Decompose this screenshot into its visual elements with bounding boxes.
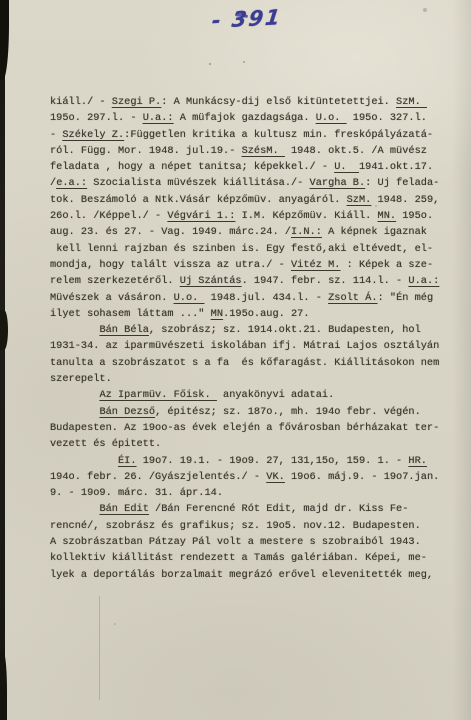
text-segment: Szocialista müvészek kiállitása./- [87,177,309,189]
text-segment: , szobrász; sz. 1914.okt.21. Budapesten,… [149,324,421,336]
underlined-text-segment: Végvári 1.: [167,210,235,222]
text-segment: ilyet sohasem láttam ..." [50,308,211,320]
text-line: ÉI. 19o7. 19.1. - 19o9. 27, 131,15o, 159… [50,453,455,469]
text-segment: :Független kritika a kultusz min. freskó… [124,129,433,141]
text-segment: kiáll./ - [50,96,112,108]
page-number-text: - 391 [211,5,284,33]
underlined-text-segment: U.o. [316,112,347,124]
indent-spaces [50,406,99,418]
underlined-text-segment: U.a.: [143,112,174,124]
underlined-text-segment: U.a.: [408,275,439,287]
text-line: tok. Beszámoló a Ntk.Vásár képzőmüv. any… [50,192,455,208]
underlined-text-segment: Bán Edit [99,503,148,515]
text-segment: relem szerkezetéről. [50,275,180,287]
text-segment: A képnek igaznak [322,226,427,238]
text-line: 195o. 297.l. - U.a.: A müfajok gazdagság… [50,110,455,126]
text-line: Az Iparmüv. Főisk. anyakönyvi adatai. [50,387,455,403]
text-line: 26o.l. /Képpel./ - Végvári 1.: I.M. Képz… [50,208,455,224]
text-segment: Müvészek a vásáron. [50,292,174,304]
text-segment: anyakönyvi adatai. [217,389,334,401]
underlined-text-segment: Szegi P. [112,96,161,108]
underlined-text-segment: Uj Szántás [180,275,242,287]
text-line: rencné/, szobrász és grafikus; sz. 19o5.… [50,518,455,534]
text-segment: lyek a deportálás borzalmait megrázó erő… [50,569,433,581]
text-segment: szerepelt. [50,373,112,385]
underlined-text-segment: Székely Z. [62,129,124,141]
text-segment: 1948. okt.5. /A müvész [285,145,427,157]
text-segment: tanulta a szobrászatot s a fa és kőfarag… [50,357,439,369]
text-segment: 9. - 19o9. márc. 31. ápr.14. [50,487,223,499]
text-segment: . 1947. febr. sz. 114.l. - [242,275,409,287]
text-line: lyek a deportálás borzalmait megrázó erő… [50,567,455,583]
handwritten-page-number: - 391 [211,5,284,33]
scan-edge-left [0,0,5,720]
underlined-text-segment: e.a.: [56,177,87,189]
text-line: - Székely Z.:Független kritika a kultusz… [50,127,455,143]
paper-fold-line [99,596,100,700]
text-segment: /Bán Ferencné Rót Edit, majd dr. Kiss Fe… [149,503,409,515]
underlined-text-segment: MN [211,308,223,320]
indent-spaces [50,324,99,336]
text-segment: Budapesten. Az 19oo-as évek elején a főv… [50,422,439,434]
underlined-text-segment: Az Iparmüv. Főisk. [99,389,216,401]
underlined-text-segment: ÉI. [118,455,137,467]
text-segment: 19o6. máj.9. - 19o7.jan. [285,471,439,483]
text-segment: 1948. 259, [371,194,439,206]
paper-specks [209,63,211,65]
underlined-text-segment: Vitéz M. [291,259,340,271]
underlined-text-segment: Bán Dezső [99,406,155,418]
indent-spaces [50,389,99,401]
text-segment: aug. 23. és 27. - Vag. 1949. márc.24. / [50,226,291,238]
text-segment: A müfajok gazdagsága. [174,112,316,124]
indent-spaces [50,455,118,467]
text-line: relem szerkezetéről. Uj Szántás. 1947. f… [50,273,455,289]
underlined-text-segment: U. [334,161,359,173]
text-segment: 26o.l. /Képpel./ - [50,210,167,222]
text-segment: kollektiv kiállitást rendezett a Tamás g… [50,552,427,564]
underlined-text-segment: SzM. [396,96,427,108]
text-line: /e.a.: Szocialista müvészek kiállitása./… [50,175,455,191]
text-segment: vezett és épitett. [50,438,161,450]
text-line: szerepelt. [50,371,455,387]
text-segment: - [50,129,62,141]
text-line: mondja, hogy talált vissza az utra./ - V… [50,257,455,273]
text-line: 194o. febr. 26. /Gyászjelentés./ - VK. 1… [50,469,455,485]
underlined-text-segment: SzM. [347,194,372,206]
underlined-text-segment: I.N.: [291,226,322,238]
text-line: Bán Béla, szobrász; sz. 1914.okt.21. Bud… [50,322,455,338]
text-segment: mondja, hogy talált vissza az utra./ - [50,259,291,271]
text-segment: ról. Függ. Mor. 1948. jul.19.- [50,145,242,157]
text-segment: feladata , hogy a népet tanitsa; képekke… [50,161,334,173]
text-line: A szobrászatban Pátzay Pál volt a mester… [50,534,455,550]
text-segment: : A Munkácsy-dij első kitüntetettjei. [161,96,396,108]
text-segment: 195o. [396,210,433,222]
underlined-text-segment: Zsolt Á. [328,292,377,304]
underlined-text-segment: Bán Béla [99,324,148,336]
text-segment: 194o. febr. 26. /Gyászjelentés./ - [50,471,266,483]
text-segment: 1941.okt.17. [359,161,433,173]
text-line: vezett és épitett. [50,436,455,452]
text-segment: 1948.jul. 434.l. - [205,292,329,304]
text-line: kell lenni rajzban és szinben is. Egy fe… [50,241,455,257]
underlined-text-segment: Vargha B. [310,177,366,189]
text-line: kiáll./ - Szegi P.: A Munkácsy-dij első … [50,94,455,110]
text-line: Bán Dezső, épitész; sz. 187o., mh. 194o … [50,404,455,420]
text-segment: A szobrászatban Pátzay Pál volt a mester… [50,536,421,548]
text-segment: 19o7. 19.1. - 19o9. 27, 131,15o, 159. 1.… [137,455,409,467]
text-line: 1931-34. az iparmüvészeti iskolában ifj.… [50,338,455,354]
underlined-text-segment: HR. [408,455,427,467]
text-segment: I.M. Képzőmüv. Kiáll. [235,210,377,222]
text-segment: tok. Beszámoló a Ntk.Vásár képzőmüv. any… [50,194,347,206]
text-segment: : "Én még [378,292,434,304]
underlined-text-segment: VK. [266,471,285,483]
text-segment: kell lenni rajzban és szinben is. Egy fe… [56,243,433,255]
underlined-text-segment: U.o. [174,292,205,304]
text-line: ról. Függ. Mor. 1948. jul.19.- SzésM. 19… [50,143,455,159]
text-segment: : Képek a sze- [340,259,433,271]
text-line: Bán Edit /Bán Ferencné Rót Edit, majd dr… [50,501,455,517]
text-segment: .195o.aug. 27. [223,308,310,320]
text-segment: 195o. 327.l. [347,112,427,124]
scan-edge-bottom-left [0,650,7,720]
text-segment: , épitész; sz. 187o., mh. 194o febr. vég… [155,406,421,418]
text-line: 9. - 19o9. márc. 31. ápr.14. [50,485,455,501]
underlined-text-segment: MN. [378,210,397,222]
text-line: ilyet sohasem láttam ..." MN.195o.aug. 2… [50,306,455,322]
text-line: Müvészek a vásáron. U.o. 1948.jul. 434.l… [50,290,455,306]
text-line: kollektiv kiállitást rendezett a Tamás g… [50,550,455,566]
text-line: Budapesten. Az 19oo-as évek elején a főv… [50,420,455,436]
text-line: feladata , hogy a népet tanitsa; képekke… [50,159,455,175]
text-segment: 1931-34. az iparmüvészeti iskolában ifj.… [50,340,439,352]
text-line: aug. 23. és 27. - Vag. 1949. márc.24. /I… [50,224,455,240]
text-segment: 195o. 297.l. - [50,112,143,124]
scanned-page: - 391 kiáll./ - Szegi P.: A Munkácsy-dij… [0,0,471,720]
text-segment: : Uj felada- [365,177,439,189]
typewritten-text: kiáll./ - Szegi P.: A Munkácsy-dij első … [50,94,455,583]
text-segment: rencné/, szobrász és grafikus; sz. 19o5.… [50,520,421,532]
text-line: tanulta a szobrászatot s a fa és kőfarag… [50,355,455,371]
underlined-text-segment: SzésM. [242,145,285,157]
indent-spaces [50,503,99,515]
